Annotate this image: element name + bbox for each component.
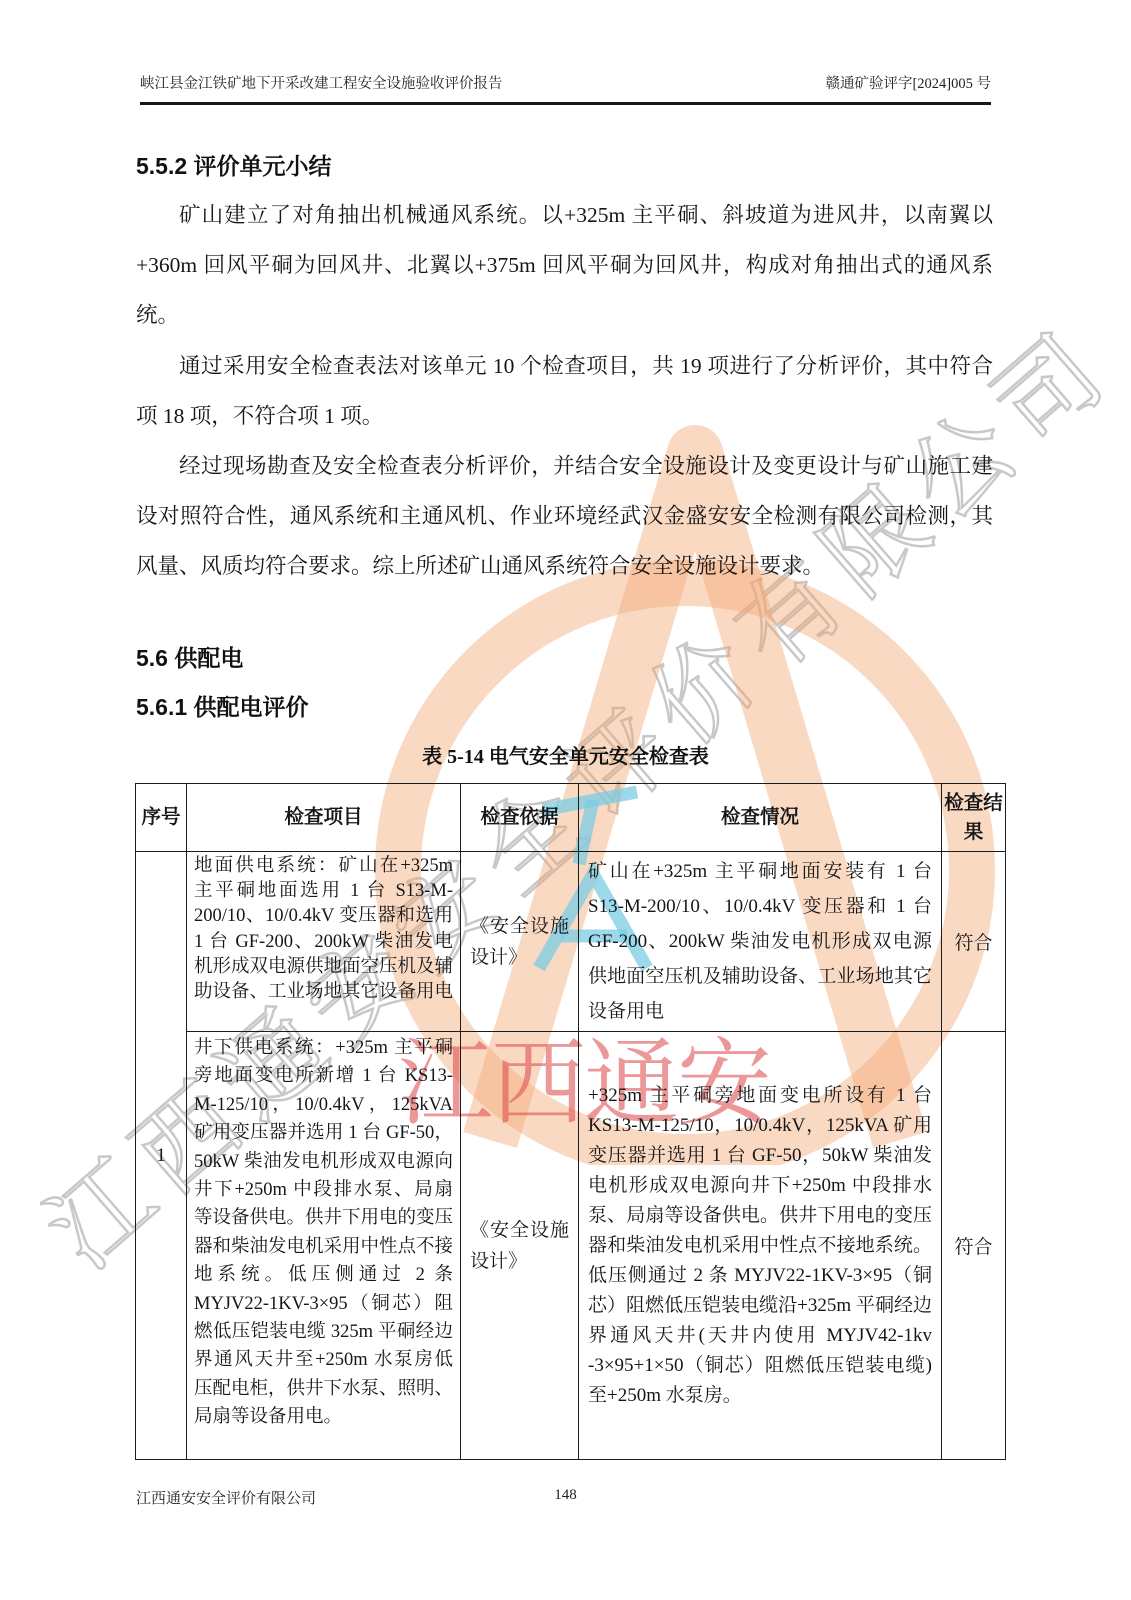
row1-check-situation: 矿山在+325m 主平硐地面安装有 1 台 S13-M-200/10、10/0.… [579,852,942,1032]
col-header-basis: 检查依据 [461,784,579,852]
row-seq-number: 1 [136,852,187,1460]
paragraph-checklist-stats: 通过采用安全检查表法对该单元 10 个检查项目，共 19 项进行了分析评价，其中… [136,341,993,441]
row2-check-situation: +325m 主平硐旁地面变电所设有 1 台 KS13-M-125/10，10/0… [579,1032,942,1460]
paragraph-conclusion: 经过现场勘查及安全检查表分析评价，并结合安全设施设计及变更设计与矿山施工建设对照… [136,441,993,591]
row2-check-item: 井下供电系统：+325m 主平硐旁地面变电所新增 1 台 KS13-M-125/… [187,1032,461,1460]
header-report-title: 峡江县金江铁矿地下开采改建工程安全设施验收评价报告 [140,72,503,93]
header-doc-number: 赣通矿验评字[2024]005 号 [825,72,991,93]
electrical-safety-check-table: 序号 检查项目 检查依据 检查情况 检查结果 1 地面供电系统：矿山在+325m… [135,783,1006,1460]
col-header-seq: 序号 [136,784,187,852]
table-caption: 表 5-14 电气安全单元安全检查表 [0,740,1131,769]
row2-check-result: 符合 [942,1032,1006,1460]
heading-5-6: 5.6 供配电 [136,640,243,673]
row1-check-result: 符合 [942,852,1006,1032]
table-row: 井下供电系统：+325m 主平硐旁地面变电所新增 1 台 KS13-M-125/… [136,1032,1006,1460]
row2-check-basis: 《安全设施设计》 [461,1032,579,1460]
col-header-situation: 检查情况 [579,784,942,852]
footer-page-number: 148 [0,1487,1131,1504]
heading-5-6-1: 5.6.1 供配电评价 [136,689,309,722]
table-header-row: 序号 检查项目 检查依据 检查情况 检查结果 [136,784,1006,852]
col-header-item: 检查项目 [187,784,461,852]
page-header: 峡江县金江铁矿地下开采改建工程安全设施验收评价报告 赣通矿验评字[2024]00… [140,72,991,105]
paragraph-ventilation-system: 矿山建立了对角抽出机械通风系统。以+325m 主平硐、斜坡道为进风井，以南翼以+… [136,190,993,340]
row1-check-item: 地面供电系统：矿山在+325m 主平硐地面选用 1 台 S13-M-200/10… [187,852,461,1032]
row1-check-basis: 《安全设施设计》 [461,852,579,1032]
table-row: 1 地面供电系统：矿山在+325m 主平硐地面选用 1 台 S13-M-200/… [136,852,1006,1032]
report-page: 江西通安安全评价有限公司 江西通安 峡江县金江铁矿地下开采改建工程安全设施验收评… [0,0,1131,1600]
col-header-result: 检查结果 [942,784,1006,852]
page-content: 峡江县金江铁矿地下开采改建工程安全设施验收评价报告 赣通矿验评字[2024]00… [0,0,1131,1600]
heading-5-5-2: 5.5.2 评价单元小结 [136,148,332,181]
